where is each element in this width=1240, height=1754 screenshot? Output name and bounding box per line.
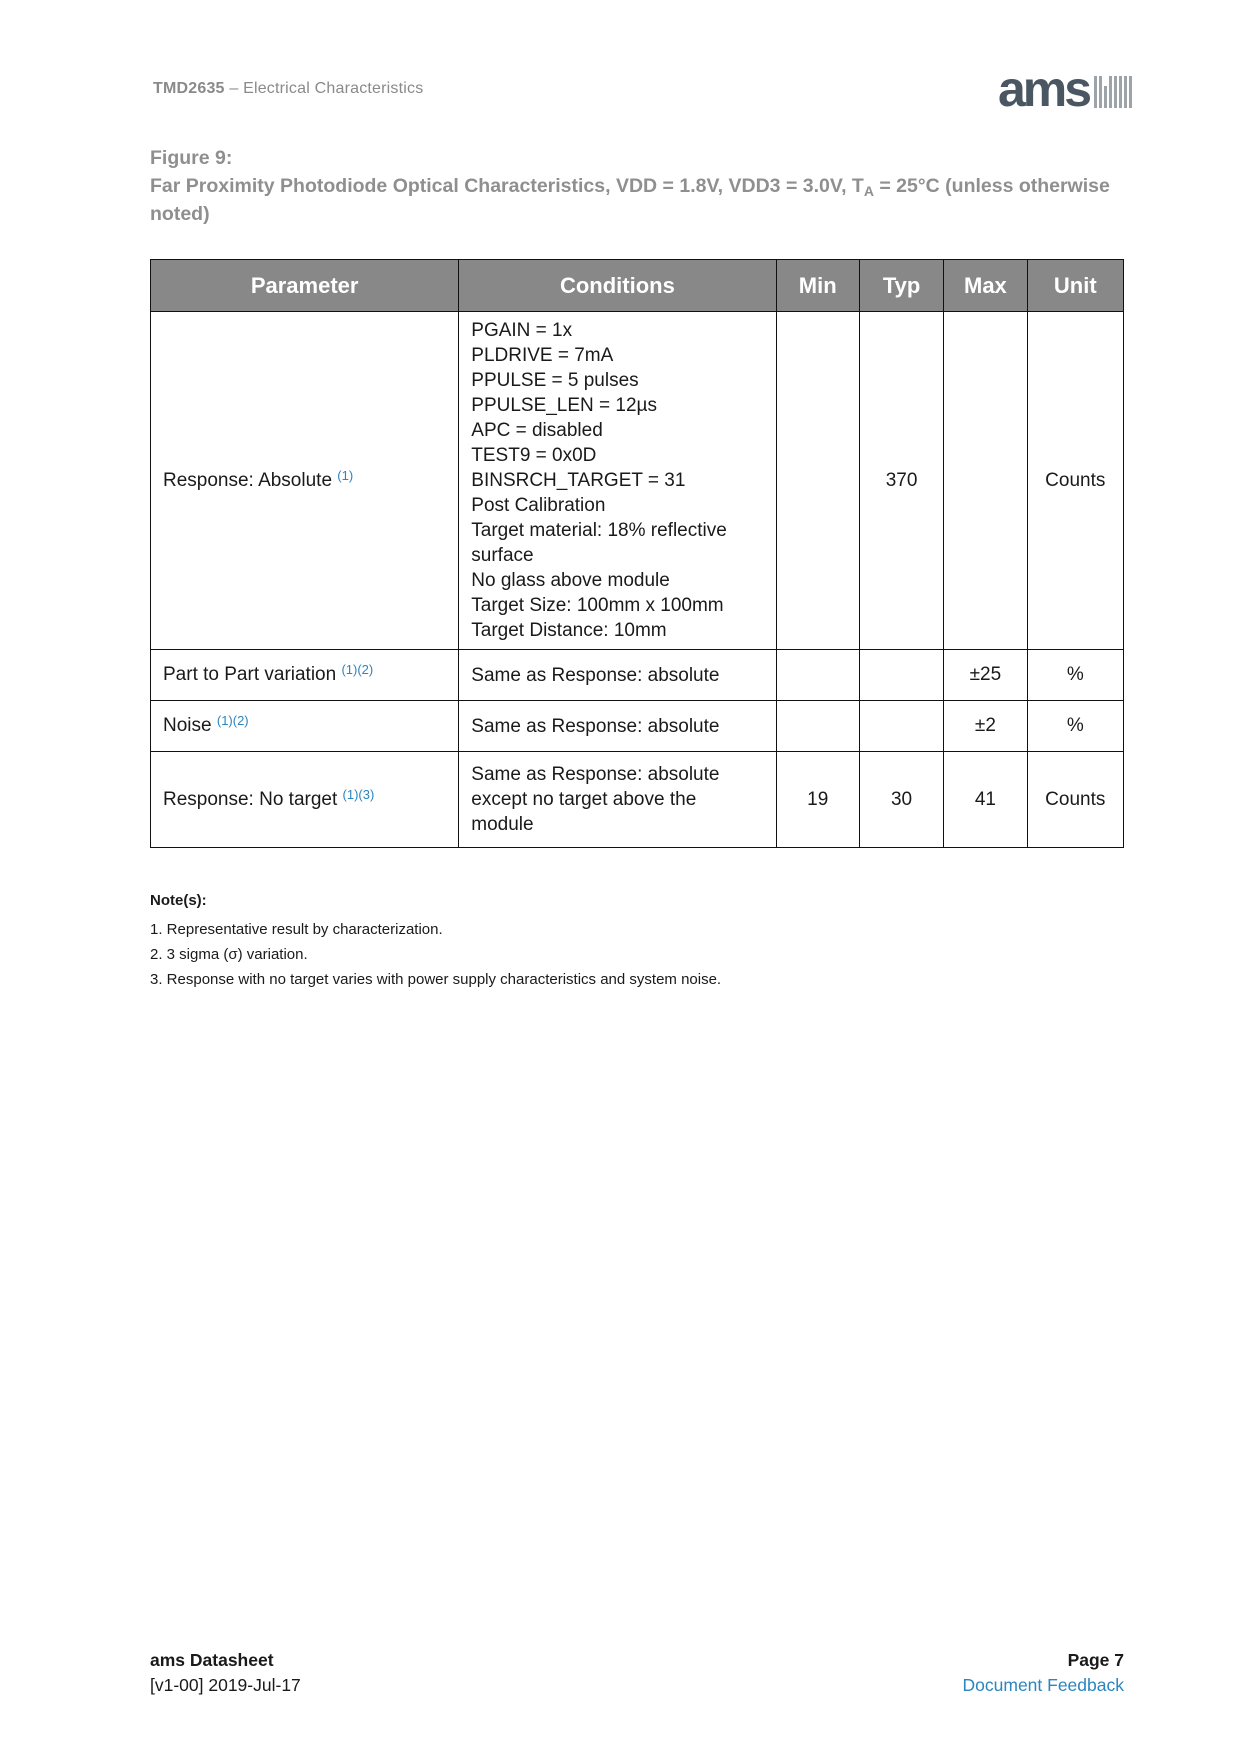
parameter-cell: Part to Part variation (1)(2) xyxy=(151,650,459,701)
footer-title: ams Datasheet xyxy=(150,1648,301,1673)
table-row: Response: Absolute (1)PGAIN = 1xPLDRIVE … xyxy=(151,312,1124,650)
typ-cell xyxy=(859,650,943,701)
column-header: Conditions xyxy=(459,260,776,312)
conditions-cell: Same as Response: absolute xyxy=(459,650,776,701)
page-number: Page 7 xyxy=(963,1648,1124,1673)
document-feedback-link[interactable]: Document Feedback xyxy=(963,1673,1124,1698)
min-cell xyxy=(776,701,859,752)
unit-cell: Counts xyxy=(1027,312,1123,650)
typ-cell xyxy=(859,701,943,752)
parameter-cell: Response: Absolute (1) xyxy=(151,312,459,650)
typ-cell: 370 xyxy=(859,312,943,650)
conditions-cell: PGAIN = 1xPLDRIVE = 7mAPPULSE = 5 pulses… xyxy=(459,312,776,650)
table-row: Part to Part variation (1)(2)Same as Res… xyxy=(151,650,1124,701)
max-cell: 41 xyxy=(944,752,1027,848)
footnote-ref: (1)(3) xyxy=(343,787,375,802)
min-cell xyxy=(776,312,859,650)
column-header: Parameter xyxy=(151,260,459,312)
figure-title: Far Proximity Photodiode Optical Charact… xyxy=(150,172,1110,228)
footer-right: Page 7 Document Feedback xyxy=(963,1648,1124,1698)
column-header: Typ xyxy=(859,260,943,312)
notes-section: Note(s): 1. Representative result by cha… xyxy=(150,892,721,992)
ams-logo-icon: ams xyxy=(998,70,1138,112)
figure-caption: Figure 9: Far Proximity Photodiode Optic… xyxy=(150,144,1110,228)
footnote-ref: (1) xyxy=(337,468,353,483)
max-cell: ±2 xyxy=(944,701,1027,752)
typ-cell: 30 xyxy=(859,752,943,848)
figure-label: Figure 9: xyxy=(150,144,1110,172)
table-header-row: Parameter Conditions Min Typ Max Unit xyxy=(151,260,1124,312)
logo-text: ams xyxy=(998,70,1090,112)
unit-cell: % xyxy=(1027,701,1123,752)
parameter-cell: Response: No target (1)(3) xyxy=(151,752,459,848)
table-row: Response: No target (1)(3)Same as Respon… xyxy=(151,752,1124,848)
footnote-ref: (1)(2) xyxy=(341,662,373,677)
characteristics-table: Parameter Conditions Min Typ Max Unit Re… xyxy=(150,259,1124,848)
unit-cell: Counts xyxy=(1027,752,1123,848)
column-header: Unit xyxy=(1027,260,1123,312)
note-item: 2. 3 sigma (σ) variation. xyxy=(150,942,721,967)
table-row: Noise (1)(2)Same as Response: absolute±2… xyxy=(151,701,1124,752)
note-item: 1. Representative result by characteriza… xyxy=(150,917,721,942)
unit-cell: % xyxy=(1027,650,1123,701)
column-header: Min xyxy=(776,260,859,312)
footnote-ref: (1)(2) xyxy=(217,713,249,728)
column-header: Max xyxy=(944,260,1027,312)
footer-version: [v1-00] 2019-Jul-17 xyxy=(150,1673,301,1698)
min-cell xyxy=(776,650,859,701)
conditions-cell: Same as Response: absolute except no tar… xyxy=(459,752,776,848)
conditions-cell: Same as Response: absolute xyxy=(459,701,776,752)
running-header: TMD2635 – Electrical Characteristics xyxy=(153,80,423,98)
notes-heading: Note(s): xyxy=(150,892,721,909)
section-name: Electrical Characteristics xyxy=(243,80,423,97)
note-item: 3. Response with no target varies with p… xyxy=(150,967,721,992)
min-cell: 19 xyxy=(776,752,859,848)
header-separator: – xyxy=(229,80,238,97)
footer-left: ams Datasheet [v1-00] 2019-Jul-17 xyxy=(150,1648,301,1698)
parameter-cell: Noise (1)(2) xyxy=(151,701,459,752)
doc-id: TMD2635 xyxy=(153,80,225,97)
max-cell: ±25 xyxy=(944,650,1027,701)
max-cell xyxy=(944,312,1027,650)
